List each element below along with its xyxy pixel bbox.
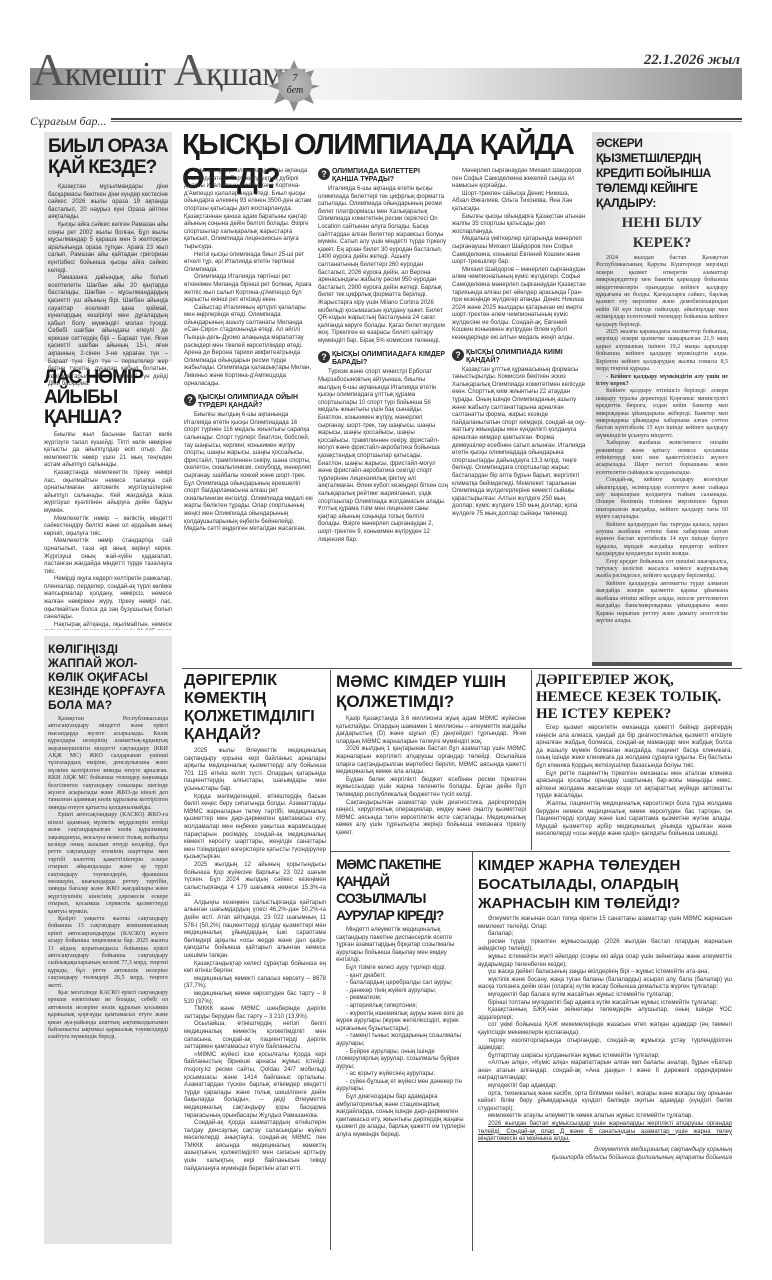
article-car-insurance: КӨЛІГІҢІЗДІ ЖАППАЙ ЖОЛ-КӨЛІК ОҚИҒАСЫ КЕЗ…	[44, 636, 172, 1244]
article-body: 2024 жылдан бастап Қазақстан Республикас…	[596, 255, 728, 625]
article-title: КӨЛІГІҢІЗДІ ЖАППАЙ ЖОЛ-КӨЛІК ОҚИҒАСЫ КЕЗ…	[48, 642, 168, 712]
article-source: Әлеуметтік медициналық сақтандыру қорыны…	[478, 1146, 732, 1162]
article-title: ЛАС НӨМІР АЙЫБЫ ҚАНША?	[44, 368, 172, 428]
article-mams-package: МӘМС ПАКЕТІНЕ ҚАНДАЙ СОЗЫЛМАЛЫ АУРУЛАР К…	[336, 856, 468, 1250]
article-body: Әлеуметтік жағынан осал топқа кіретін 15…	[478, 916, 732, 1144]
article-body: Егер қызмет көрсететін емханада қажетті …	[536, 725, 732, 839]
article-doctors: ДӘРІГЕРЛЕР ЖОҚ, НЕМЕСЕ КЕЗЕК ТОЛЫҚ. НЕ І…	[536, 672, 732, 850]
article-title: ӘСКЕРИ ҚЫЗМЕТШІЛЕРДІҢ КРЕДИТІ БОЙЫНША ТӨ…	[596, 136, 728, 211]
article-medical-access: ДӘРІГЕРЛІК КӨМЕКТІҢ ҚОЛЖЕТІМДІЛІГІ ҚАНДА…	[184, 672, 326, 1252]
article-title: ДӘРІГЕРЛІК КӨМЕКТІҢ ҚОЛЖЕТІМДІЛІГІ ҚАНДА…	[184, 672, 326, 744]
article-mams-who: МӘМС КІМДЕР ҮШІН ҚОЛЖЕТІМДІ? Қазір Қазақ…	[336, 672, 526, 850]
olympics-column-3: Мәнерлеп сырғанаудан Михаил Шайдоров пен…	[452, 168, 586, 658]
article-plate-fine: ЛАС НӨМІР АЙЫБЫ ҚАНША? Биылғы жыл басына…	[44, 368, 172, 630]
article-title: МӘМС КІМДЕР ҮШІН ҚОЛЖЕТІМДІ?	[336, 672, 526, 712]
olympics-column-2: ? ОЛИМПИАДА БИЛЕТТЕРІ ҚАНША ТҰРАДЫ? Итал…	[318, 168, 448, 658]
article-military-credit: ӘСКЕРИ ҚЫЗМЕТШІЛЕРДІҢ КРЕДИТІ БОЙЫНША ТӨ…	[592, 132, 732, 666]
rubric-label: Сұрағым бар...	[30, 114, 111, 128]
rubric-rule	[88, 118, 742, 122]
page-number-badge: 7 бет	[274, 56, 314, 116]
question-icon: ?	[318, 168, 330, 180]
column-divider	[330, 670, 331, 1250]
article-title: ДӘРІГЕРЛЕР ЖОҚ, НЕМЕСЕ КЕЗЕК ТОЛЫҚ. НЕ І…	[536, 672, 732, 723]
article-body: Міндетті әлеуметтік медициналық сақтанды…	[336, 927, 468, 1140]
subhead-athletes: ? ҚЫСҚЫ ОЛИМПИАДАҒА КІМДЕР БАРАДЫ?	[318, 351, 448, 367]
column-divider	[531, 670, 532, 850]
article-exempt: КІМДЕР ЖАРНА ТӨЛЕУДЕН БОСАТЫЛАДЫ, ОЛАРДЫ…	[478, 856, 732, 1250]
masthead: Акмешіт Ақшамы 7 бет 22.1.2026 жыл	[30, 48, 742, 110]
article-body: Қазір Қазақстанда 3,6 миллионға жуық ада…	[336, 716, 526, 838]
page-label: бет	[278, 85, 312, 97]
page-number: 7	[278, 73, 312, 85]
subhead-uniform: ? ҚЫСҚЫ ОЛИМПИАДА КИІМІ ҚАНДАЙ?	[452, 349, 586, 365]
article-title: БИЫЛ ОРАЗА ҚАЙ КЕЗДЕ?	[48, 136, 168, 178]
article-title: КІМДЕР ЖАРНА ТӨЛЕУДЕН БОСАТЫЛАДЫ, ОЛАРДЫ…	[478, 856, 732, 913]
subhead-sports: ? ҚЫСҚЫ ОЛИМПИАДА ОЙЫН ТҮРДЕРІ ҚАНДАЙ?	[184, 394, 314, 410]
question-icon: ?	[452, 349, 464, 361]
rubric-header: Сұрағым бар...	[30, 112, 742, 126]
newspaper-title: Акмешіт Ақшамы	[32, 48, 306, 97]
article-ramadan: БИЫЛ ОРАЗА ҚАЙ КЕЗДЕ? Қазақстан мұсылман…	[44, 132, 172, 362]
article-olympics-title: ҚЫСҚЫ ОЛИМПИАДА ҚАЙДА ӨТЕДІ?	[182, 128, 592, 164]
article-subtitle: НЕНІ БІЛУ КЕРЕК?	[596, 213, 728, 253]
article-body: Биылғы жыл басынан бастап көлік жүргізуг…	[44, 432, 172, 630]
article-body: Қазақстан Республикасында автосақтандыру…	[48, 716, 168, 1042]
issue-date: 22.1.2026 жыл	[644, 52, 740, 69]
subhead-tickets: ? ОЛИМПИАДА БИЛЕТТЕРІ ҚАНША ТҰРАДЫ?	[318, 168, 448, 184]
article-title: МӘМС ПАКЕТІНЕ ҚАНДАЙ СОЗЫЛМАЛЫ АУРУЛАР К…	[336, 856, 468, 924]
olympics-column-1: Биылғы қысқы олимпиада 6-шы ақпанда Итал…	[184, 168, 314, 658]
question-icon: ?	[184, 394, 196, 406]
column-divider	[472, 851, 473, 1251]
article-body: Қазақстан мұсылмандары діни басқармасы б…	[48, 184, 168, 389]
highlighted-note: 2026 жылдан бастап жұмыссыздар үшін жарн…	[478, 1121, 732, 1144]
section-divider	[182, 668, 742, 669]
section-divider	[330, 851, 730, 852]
question-icon: ?	[318, 351, 330, 363]
article-body: 2025 жылы Әлеуметтік медициналық сақтанд…	[184, 748, 326, 1173]
